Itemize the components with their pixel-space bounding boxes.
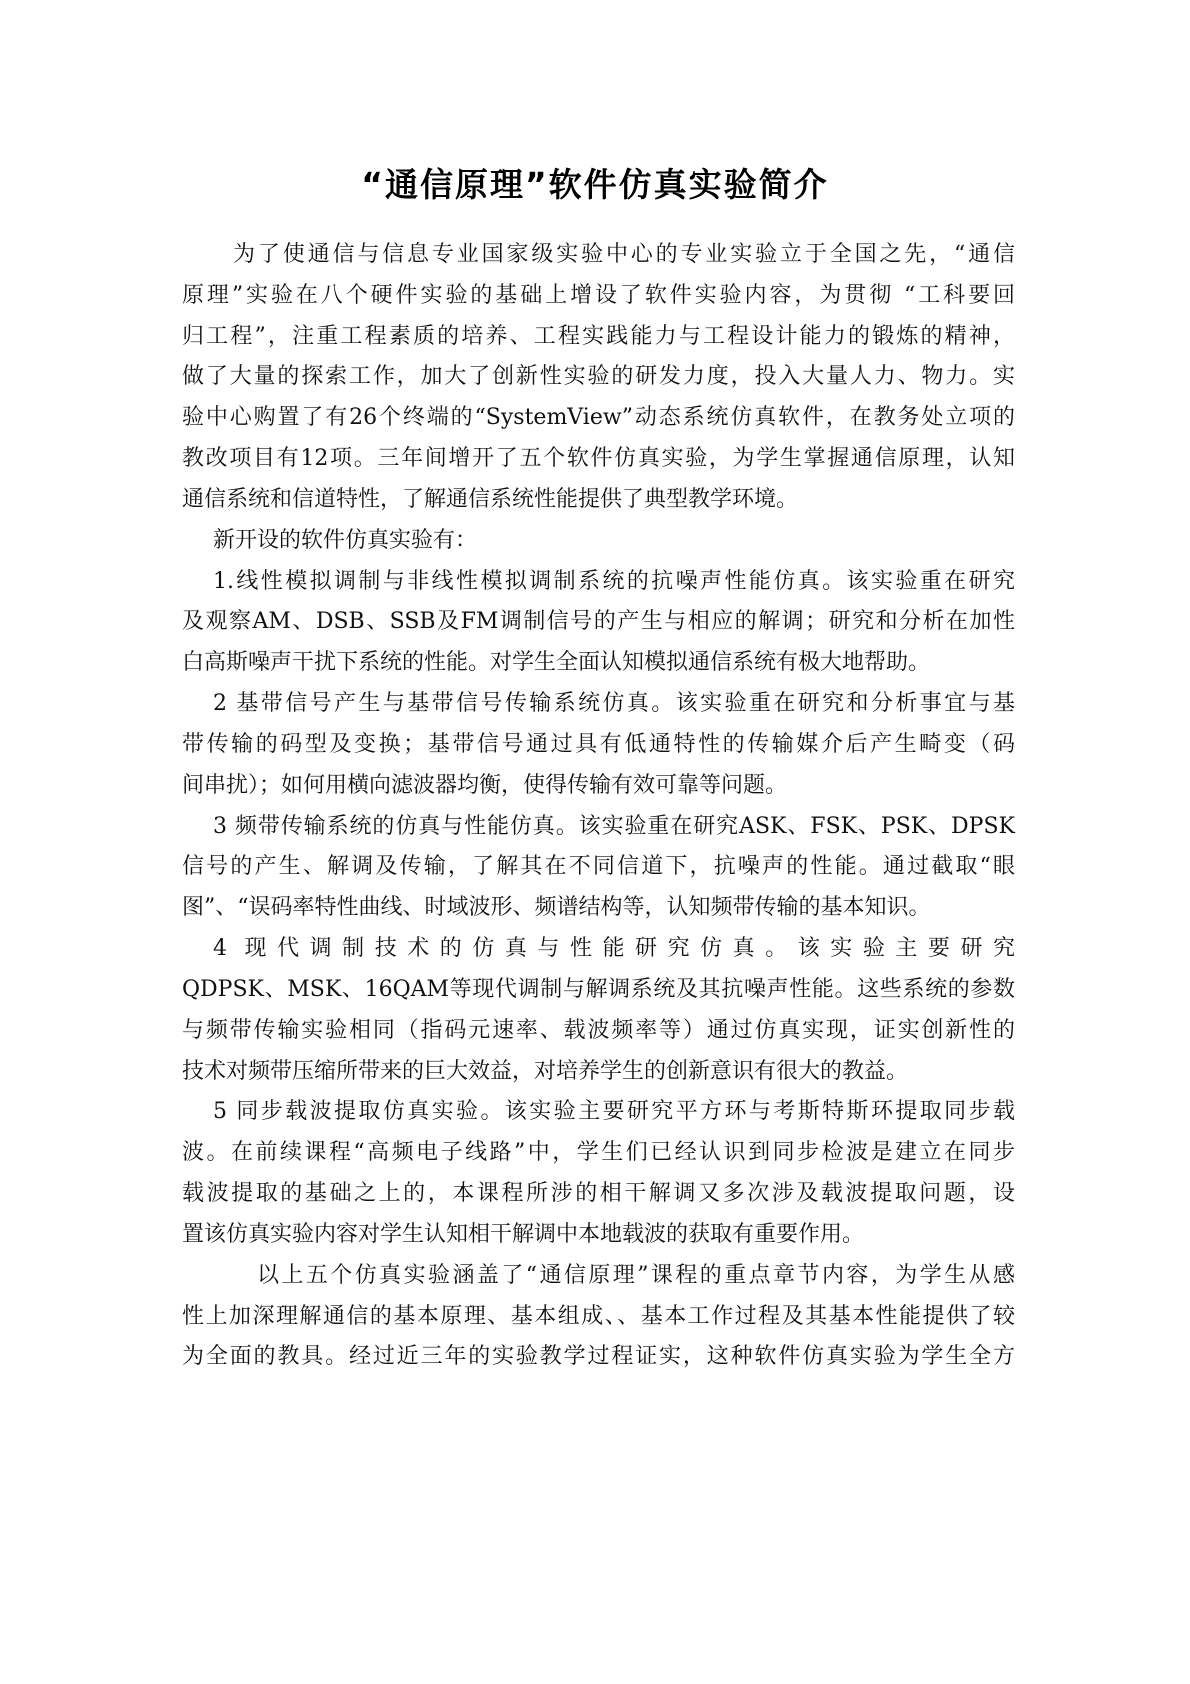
experiment-5-line: 置该仿真实验内容对学生认知相干解调中本地载波的获取有重要作用。 xyxy=(182,1215,1015,1255)
paragraph-intro-line: 原理”实验在八个硬件实验的基础上增设了软件实验内容，为贯彻 “工科要回 xyxy=(182,276,1015,316)
experiment-2-line: 带传输的码型及变换；基带信号通过具有低通特性的传输媒介后产生畸变（码 xyxy=(182,725,1015,765)
experiment-4-line: QDPSK、MSK、16QAM等现代调制与解调系统及其抗噪声性能。这些系统的参数 xyxy=(182,970,1015,1010)
experiment-1-line: 及观察AM、DSB、SSB及FM调制信号的产生与相应的解调；研究和分析在加性 xyxy=(182,602,1015,642)
document-page: “通信原理”软件仿真实验简介 为了使通信与信息专业国家级实验中心的专业实验立于全… xyxy=(0,0,1190,1684)
experiment-3-line: 信号的产生、解调及传输，了解其在不同信道下，抗噪声的性能。通过截取“眼 xyxy=(182,847,1015,887)
paragraph-conclusion-line: 性上加深理解通信的基本原理、基本组成、、基本工作过程及其基本性能提供了较 xyxy=(182,1297,1015,1337)
experiment-2-line: 2 基带信号产生与基带信号传输系统仿真。该实验重在研究和分析事宜与基 xyxy=(213,684,1015,724)
experiment-5-line: 5 同步载波提取仿真实验。该实验主要研究平方环与考斯特斯环提取同步载 xyxy=(213,1092,1015,1132)
document-title: “通信原理”软件仿真实验简介 xyxy=(0,163,1190,207)
experiment-1-line: 白高斯噪声干扰下系统的性能。对学生全面认知模拟通信系统有极大地帮助。 xyxy=(182,643,1015,683)
experiment-4-line: 4 现代调制技术的仿真与性能研究仿真。该实验主要研究 xyxy=(213,929,1015,969)
experiment-5-line: 波。在前续课程“高频电子线路”中，学生们已经认识到同步检波是建立在同步 xyxy=(182,1133,1015,1173)
paragraph-conclusion-line: 为全面的教具。经过近三年的实验教学过程证实，这种软件仿真实验为学生全方 xyxy=(182,1337,1015,1377)
experiment-4-line: 技术对频带压缩所带来的巨大效益，对培养学生的创新意识有很大的教益。 xyxy=(182,1052,1015,1092)
experiment-3-line: 图”、“误码率特性曲线、时域波形、频谱结构等，认知频带传输的基本知识。 xyxy=(182,888,1015,928)
paragraph-intro-line: 通信系统和信道特性，了解通信系统性能提供了典型教学环境。 xyxy=(182,480,1015,520)
paragraph-intro-line: 验中心购置了有26个终端的“SystemView”动态系统仿真软件，在教务处立项… xyxy=(182,398,1015,438)
paragraph-intro-line: 归工程”，注重工程素质的培养、工程实践能力与工程设计能力的锻炼的精神， xyxy=(182,317,1015,357)
experiment-2-line: 间串扰）；如何用横向滤波器均衡，使得传输有效可靠等问题。 xyxy=(182,766,1015,806)
experiment-1-line: 1.线性模拟调制与非线性模拟调制系统的抗噪声性能仿真。该实验重在研究 xyxy=(213,562,1015,602)
paragraph-intro-line: 教改项目有12项。三年间增开了五个软件仿真实验，为学生掌握通信原理，认知 xyxy=(182,439,1015,479)
experiment-5-line: 载波提取的基础之上的，本课程所涉的相干解调又多次涉及载波提取问题，设 xyxy=(182,1174,1015,1214)
list-intro-line: 新开设的软件仿真实验有： xyxy=(213,521,1015,561)
paragraph-conclusion-line: 以上五个仿真实验涵盖了“通信原理”课程的重点章节内容，为学生从感 xyxy=(257,1256,1015,1296)
paragraph-intro-line: 为了使通信与信息专业国家级实验中心的专业实验立于全国之先，“通信 xyxy=(233,235,1015,275)
paragraph-intro-line: 做了大量的探索工作，加大了创新性实验的研发力度，投入大量人力、物力。实 xyxy=(182,357,1015,397)
experiment-4-line: 与频带传输实验相同（指码元速率、载波频率等）通过仿真实现，证实创新性的 xyxy=(182,1011,1015,1051)
experiment-3-line: 3 频带传输系统的仿真与性能仿真。该实验重在研究ASK、FSK、PSK、DPSK xyxy=(213,807,1015,847)
